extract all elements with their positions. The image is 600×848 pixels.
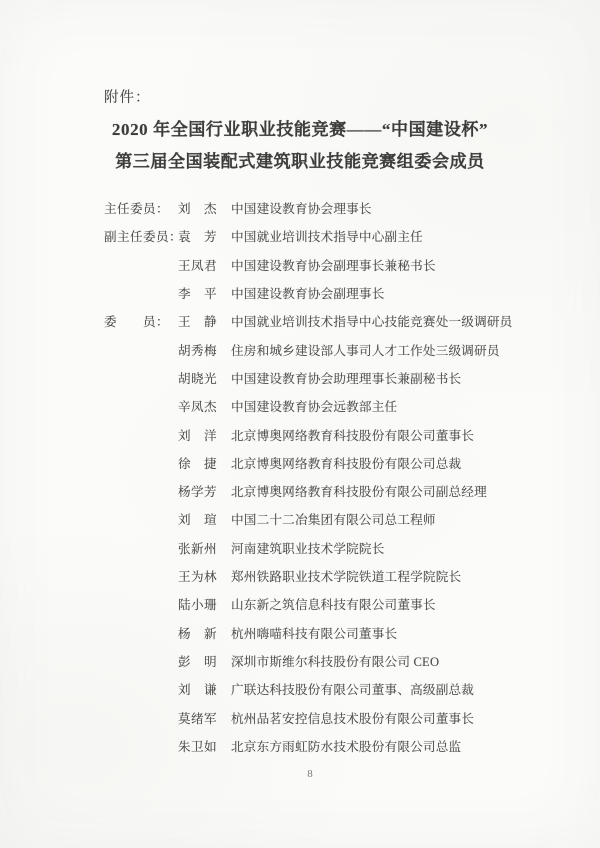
member-name: 陆小珊 <box>178 597 231 613</box>
member-position: 郑州铁路职业技术学院铁道工程学院院长 <box>231 569 570 585</box>
member-position: 北京博奥网络教育科技股份有限公司总裁 <box>231 456 570 472</box>
member-row: 莫绪军 杭州品茗安控信息技术股份有限公司董事长 <box>104 711 570 739</box>
member-position: 河南建筑职业技术学院院长 <box>231 541 570 557</box>
committee-members-list: 主任委员： 刘 杰 中国建设教育协会理事长 副主任委员： 袁 芳 中国就业培训技… <box>104 201 570 767</box>
member-row: 彭 明 深圳市斯维尔科技股份有限公司 CEO <box>104 654 570 682</box>
member-row: 主任委员： 刘 杰 中国建设教育协会理事长 <box>104 201 570 229</box>
member-position: 北京东方雨虹防水技术股份有限公司总监 <box>231 739 570 755</box>
member-row: 副主任委员： 袁 芳 中国就业培训技术指导中心副主任 <box>104 229 570 257</box>
member-name: 张新州 <box>178 541 231 557</box>
member-name: 王为林 <box>178 569 231 585</box>
member-name: 胡晓光 <box>178 371 231 387</box>
member-row: 张新州 河南建筑职业技术学院院长 <box>104 541 570 569</box>
page-number: 8 <box>10 768 600 780</box>
member-name: 刘 谦 <box>178 682 231 698</box>
member-row: 胡秀梅 住房和城乡建设部人事司人才工作处三级调研员 <box>104 343 570 371</box>
member-row: 徐 捷 北京博奥网络教育科技股份有限公司总裁 <box>104 456 570 484</box>
member-role-label: 副主任委员： <box>104 229 178 245</box>
member-name: 杨 新 <box>178 626 231 642</box>
member-position: 广联达科技股份有限公司董事、高级副总裁 <box>231 682 570 698</box>
member-position: 深圳市斯维尔科技股份有限公司 CEO <box>231 654 570 670</box>
member-name: 刘 洋 <box>178 428 231 444</box>
member-row: 杨 新 杭州嗨喵科技有限公司董事长 <box>104 626 570 654</box>
member-position: 山东新之筑信息科技有限公司董事长 <box>231 597 570 613</box>
document-page: 附件： 2020 年全国行业职业技能竞赛——“中国建设杯” 第三届全国装配式建筑… <box>0 0 600 848</box>
member-position: 中国建设教育协会副理事长兼秘书长 <box>231 258 570 274</box>
member-name: 刘 瑄 <box>178 512 231 528</box>
member-position: 住房和城乡建设部人事司人才工作处三级调研员 <box>231 343 570 359</box>
member-position: 中国二十二冶集团有限公司总工程师 <box>231 512 570 528</box>
member-role-label: 主任委员： <box>104 201 178 217</box>
member-position: 中国建设教育协会理事长 <box>231 201 570 217</box>
member-position: 中国就业培训技术指导中心副主任 <box>231 229 570 245</box>
document-title-line1: 2020 年全国行业职业技能竞赛——“中国建设杯” <box>0 115 600 140</box>
member-name: 王凤君 <box>178 258 231 274</box>
member-position: 杭州嗨喵科技有限公司董事长 <box>231 626 570 642</box>
member-name: 彭 明 <box>178 654 231 670</box>
member-name: 辛凤杰 <box>178 399 231 415</box>
member-row: 杨学芳 北京博奥网络教育科技股份有限公司副总经理 <box>104 484 570 512</box>
attachment-label: 附件： <box>104 86 151 107</box>
member-name: 袁 芳 <box>178 229 231 245</box>
member-name: 杨学芳 <box>178 484 231 500</box>
member-name: 李 平 <box>178 286 231 302</box>
member-name: 王 静 <box>178 314 231 330</box>
member-row: 李 平 中国建设教育协会副理事长 <box>104 286 570 314</box>
member-row: 陆小珊 山东新之筑信息科技有限公司董事长 <box>104 597 570 625</box>
member-row: 刘 洋 北京博奥网络教育科技股份有限公司董事长 <box>104 428 570 456</box>
member-position: 北京博奥网络教育科技股份有限公司副总经理 <box>231 484 570 500</box>
member-row: 朱卫如 北京东方雨虹防水技术股份有限公司总监 <box>104 739 570 767</box>
member-role-label: 委 员： <box>104 314 178 330</box>
member-name: 莫绪军 <box>178 711 231 727</box>
member-position: 北京博奥网络教育科技股份有限公司董事长 <box>231 428 570 444</box>
member-position: 杭州品茗安控信息技术股份有限公司董事长 <box>231 711 570 727</box>
member-name: 胡秀梅 <box>178 343 231 359</box>
member-position: 中国建设教育协会助理理事长兼副秘书长 <box>231 371 570 387</box>
member-row: 刘 谦 广联达科技股份有限公司董事、高级副总裁 <box>104 682 570 710</box>
member-row: 王凤君 中国建设教育协会副理事长兼秘书长 <box>104 258 570 286</box>
member-row: 刘 瑄 中国二十二冶集团有限公司总工程师 <box>104 512 570 540</box>
member-position: 中国建设教育协会副理事长 <box>231 286 570 302</box>
member-position: 中国建设教育协会远教部主任 <box>231 399 570 415</box>
member-row: 委 员： 王 静 中国就业培训技术指导中心技能竞赛处一级调研员 <box>104 314 570 342</box>
member-name: 朱卫如 <box>178 739 231 755</box>
member-row: 辛凤杰 中国建设教育协会远教部主任 <box>104 399 570 427</box>
document-title-line2: 第三届全国装配式建筑职业技能竞赛组委会成员 <box>0 147 600 172</box>
member-row: 王为林 郑州铁路职业技术学院铁道工程学院院长 <box>104 569 570 597</box>
member-name: 刘 杰 <box>178 201 231 217</box>
member-name: 徐 捷 <box>178 456 231 472</box>
member-position: 中国就业培训技术指导中心技能竞赛处一级调研员 <box>231 314 570 330</box>
member-row: 胡晓光 中国建设教育协会助理理事长兼副秘书长 <box>104 371 570 399</box>
